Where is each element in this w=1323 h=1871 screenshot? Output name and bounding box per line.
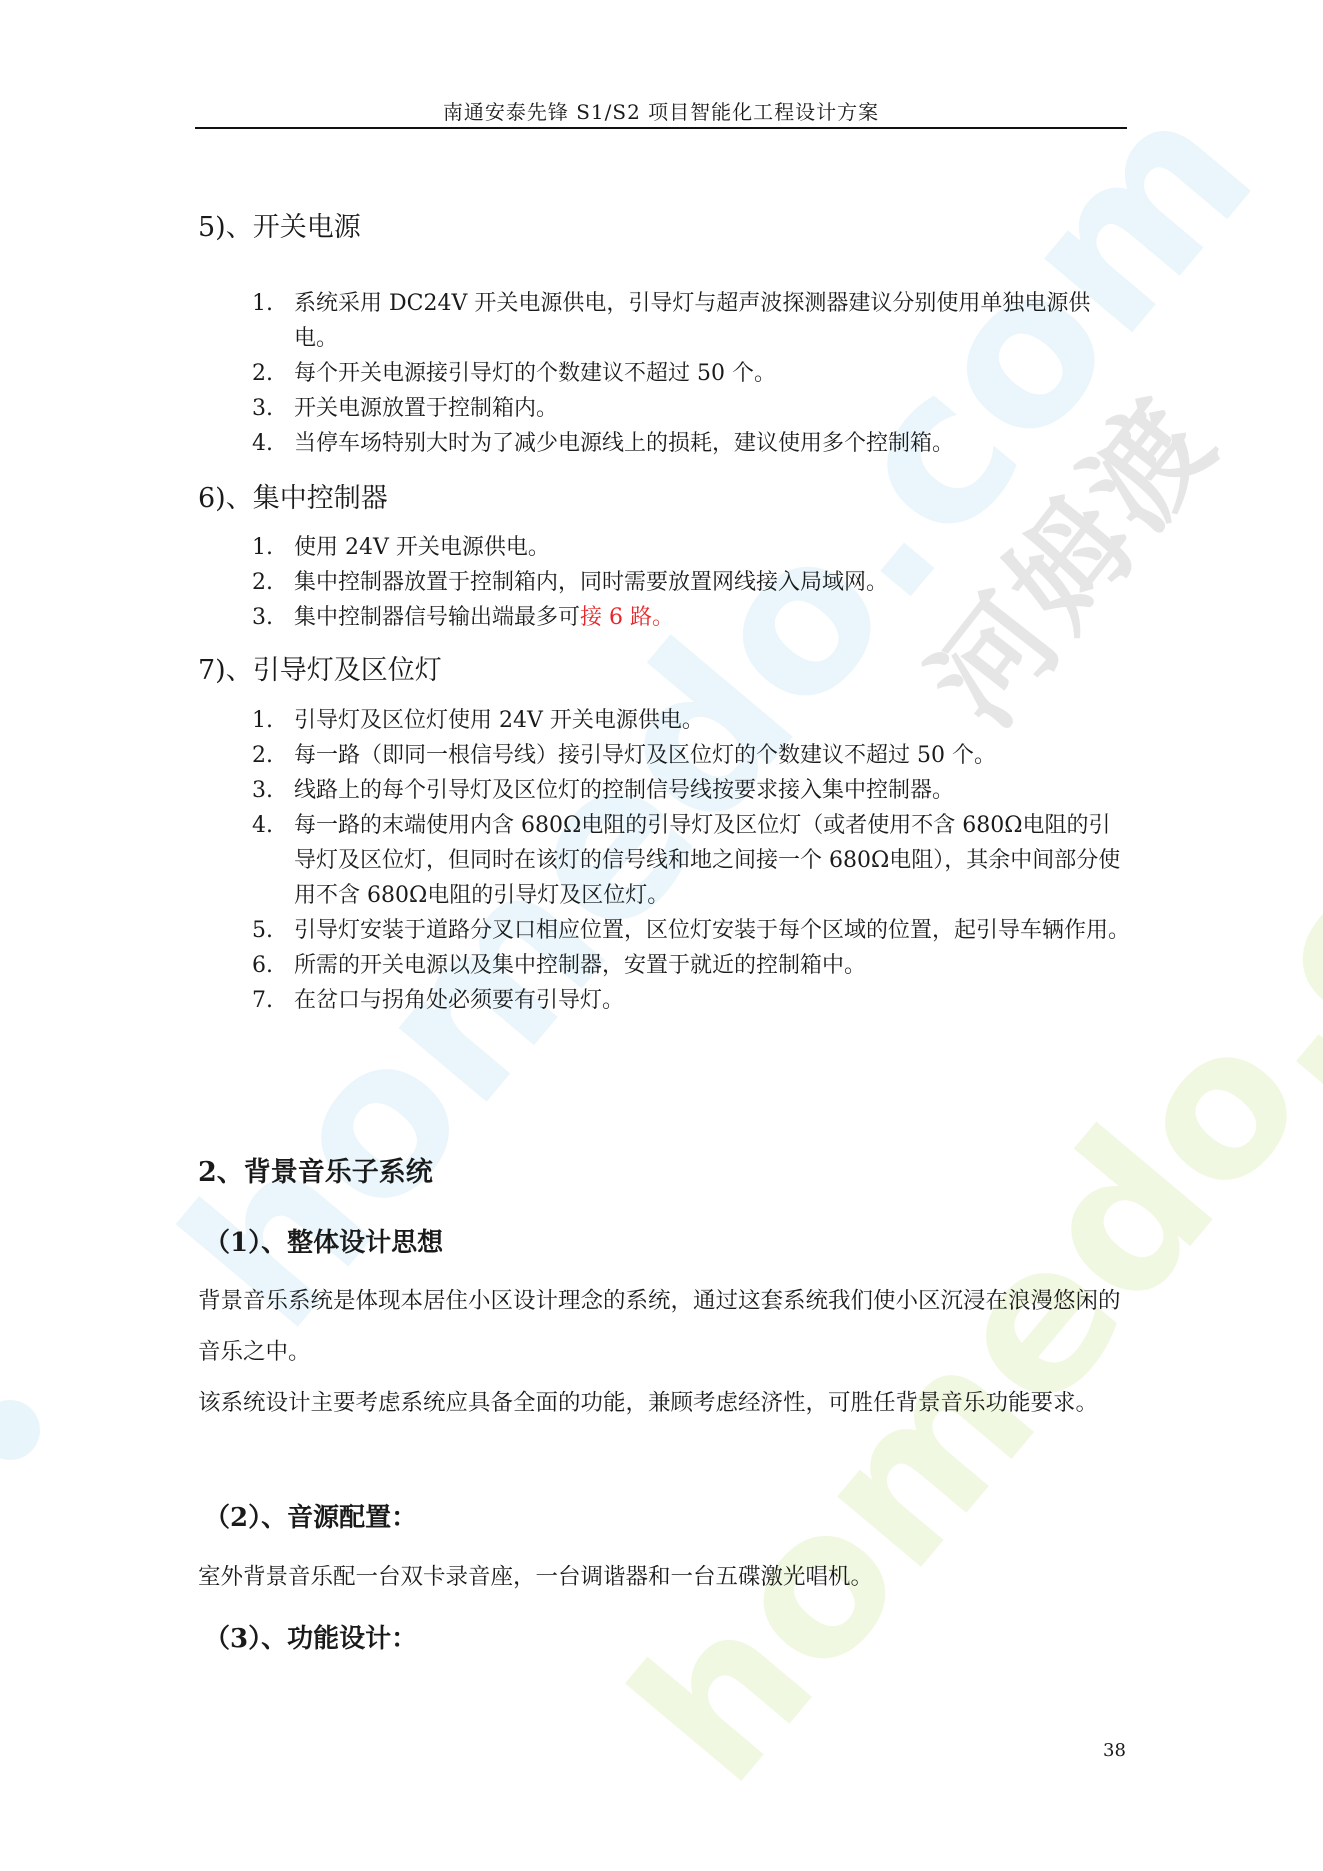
item-text: 每一路（即同一根信号线）接引导灯及区位灯的个数建议不超过 50 个。	[294, 743, 996, 768]
list-item: 2.每一路（即同一根信号线）接引导灯及区位灯的个数建议不超过 50 个。	[252, 738, 1132, 773]
item-number: 3.	[252, 600, 273, 635]
heading-overall-design: （1）、整体设计思想	[204, 1222, 443, 1259]
watermark-logo-icon	[0, 1400, 40, 1460]
item-number: 2.	[252, 565, 273, 600]
item-text: 在岔口与拐角处必须要有引导灯。	[294, 988, 624, 1013]
item-number: 3.	[252, 773, 273, 808]
highlight-text: 接 6 路。	[580, 605, 674, 630]
item-text: 引导灯安装于道路分叉口相应位置，区位灯安装于每个区域的位置，起引导车辆作用。	[294, 918, 1130, 943]
list-item: 1.使用 24V 开关电源供电。	[252, 530, 1132, 565]
item-text: 所需的开关电源以及集中控制器，安置于就近的控制箱中。	[294, 953, 866, 978]
header-divider	[195, 127, 1127, 129]
item-number: 5.	[252, 913, 273, 948]
item-number: 2.	[252, 356, 273, 391]
heading-switch-power: 5)、开关电源	[198, 205, 361, 244]
list-item: 1.系统采用 DC24V 开关电源供电，引导灯与超声波探测器建议分别使用单独电源…	[252, 286, 1132, 356]
list-central-controller: 1.使用 24V 开关电源供电。 2.集中控制器放置于控制箱内，同时需要放置网线…	[252, 530, 1132, 635]
item-text: 每个开关电源接引导灯的个数建议不超过 50 个。	[294, 361, 776, 386]
item-text: 每一路的末端使用内含 680Ω电阻的引导灯及区位灯（或者使用不含 680Ω电阻的…	[294, 813, 1120, 908]
item-number: 2.	[252, 738, 273, 773]
item-number: 4.	[252, 426, 273, 461]
item-text: 系统采用 DC24V 开关电源供电，引导灯与超声波探测器建议分别使用单独电源供电…	[294, 291, 1090, 351]
item-number: 1.	[252, 530, 273, 565]
list-switch-power: 1.系统采用 DC24V 开关电源供电，引导灯与超声波探测器建议分别使用单独电源…	[252, 286, 1132, 461]
list-item: 5.引导灯安装于道路分叉口相应位置，区位灯安装于每个区域的位置，起引导车辆作用。	[252, 913, 1132, 948]
item-number: 6.	[252, 948, 273, 983]
item-text: 当停车场特别大时为了减少电源线上的损耗，建议使用多个控制箱。	[294, 431, 954, 456]
list-item: 3.开关电源放置于控制箱内。	[252, 391, 1132, 426]
list-item: 4.当停车场特别大时为了减少电源线上的损耗，建议使用多个控制箱。	[252, 426, 1132, 461]
item-number: 1.	[252, 286, 273, 321]
list-item: 4.每一路的末端使用内含 680Ω电阻的引导灯及区位灯（或者使用不含 680Ω电…	[252, 808, 1132, 913]
item-number: 3.	[252, 391, 273, 426]
item-text: 开关电源放置于控制箱内。	[294, 396, 558, 421]
heading-audio-source: （2）、音源配置：	[204, 1497, 417, 1534]
page-header-title: 南通安泰先锋 S1/S2 项目智能化工程设计方案	[195, 96, 1127, 125]
paragraph-design-intro: 背景音乐系统是体现本居住小区设计理念的系统，通过这套系统我们使小区沉浸在浪漫悠闲…	[198, 1276, 1128, 1378]
paragraph-audio-source: 室外背景音乐配一台双卡录音座，一台调谐器和一台五碟激光唱机。	[198, 1552, 1128, 1603]
list-item: 1.引导灯及区位灯使用 24V 开关电源供电。	[252, 703, 1132, 738]
list-item: 6.所需的开关电源以及集中控制器，安置于就近的控制箱中。	[252, 948, 1132, 983]
list-guide-lights: 1.引导灯及区位灯使用 24V 开关电源供电。 2.每一路（即同一根信号线）接引…	[252, 703, 1132, 1018]
heading-function-design: （3）、功能设计：	[204, 1618, 417, 1655]
item-text: 线路上的每个引导灯及区位灯的控制信号线按要求接入集中控制器。	[294, 778, 954, 803]
item-number: 1.	[252, 703, 273, 738]
list-item: 3.集中控制器信号输出端最多可接 6 路。	[252, 600, 1132, 635]
list-item: 3.线路上的每个引导灯及区位灯的控制信号线按要求接入集中控制器。	[252, 773, 1132, 808]
heading-guide-lights: 7)、引导灯及区位灯	[198, 648, 442, 687]
item-text: 集中控制器信号输出端最多可	[294, 605, 580, 630]
heading-background-music: 2、背景音乐子系统	[198, 1150, 433, 1189]
page-number: 38	[1103, 1740, 1126, 1761]
list-item: 7.在岔口与拐角处必须要有引导灯。	[252, 983, 1132, 1018]
list-item: 2.集中控制器放置于控制箱内，同时需要放置网线接入局域网。	[252, 565, 1132, 600]
item-text: 集中控制器放置于控制箱内，同时需要放置网线接入局域网。	[294, 570, 888, 595]
item-number: 7.	[252, 983, 273, 1018]
list-item: 2.每个开关电源接引导灯的个数建议不超过 50 个。	[252, 356, 1132, 391]
item-text: 引导灯及区位灯使用 24V 开关电源供电。	[294, 708, 704, 733]
item-number: 4.	[252, 808, 273, 843]
paragraph-design-considerations: 该系统设计主要考虑系统应具备全面的功能，兼顾考虑经济性，可胜任背景音乐功能要求。	[198, 1378, 1128, 1429]
heading-central-controller: 6)、集中控制器	[198, 476, 388, 515]
item-text: 使用 24V 开关电源供电。	[294, 535, 550, 560]
